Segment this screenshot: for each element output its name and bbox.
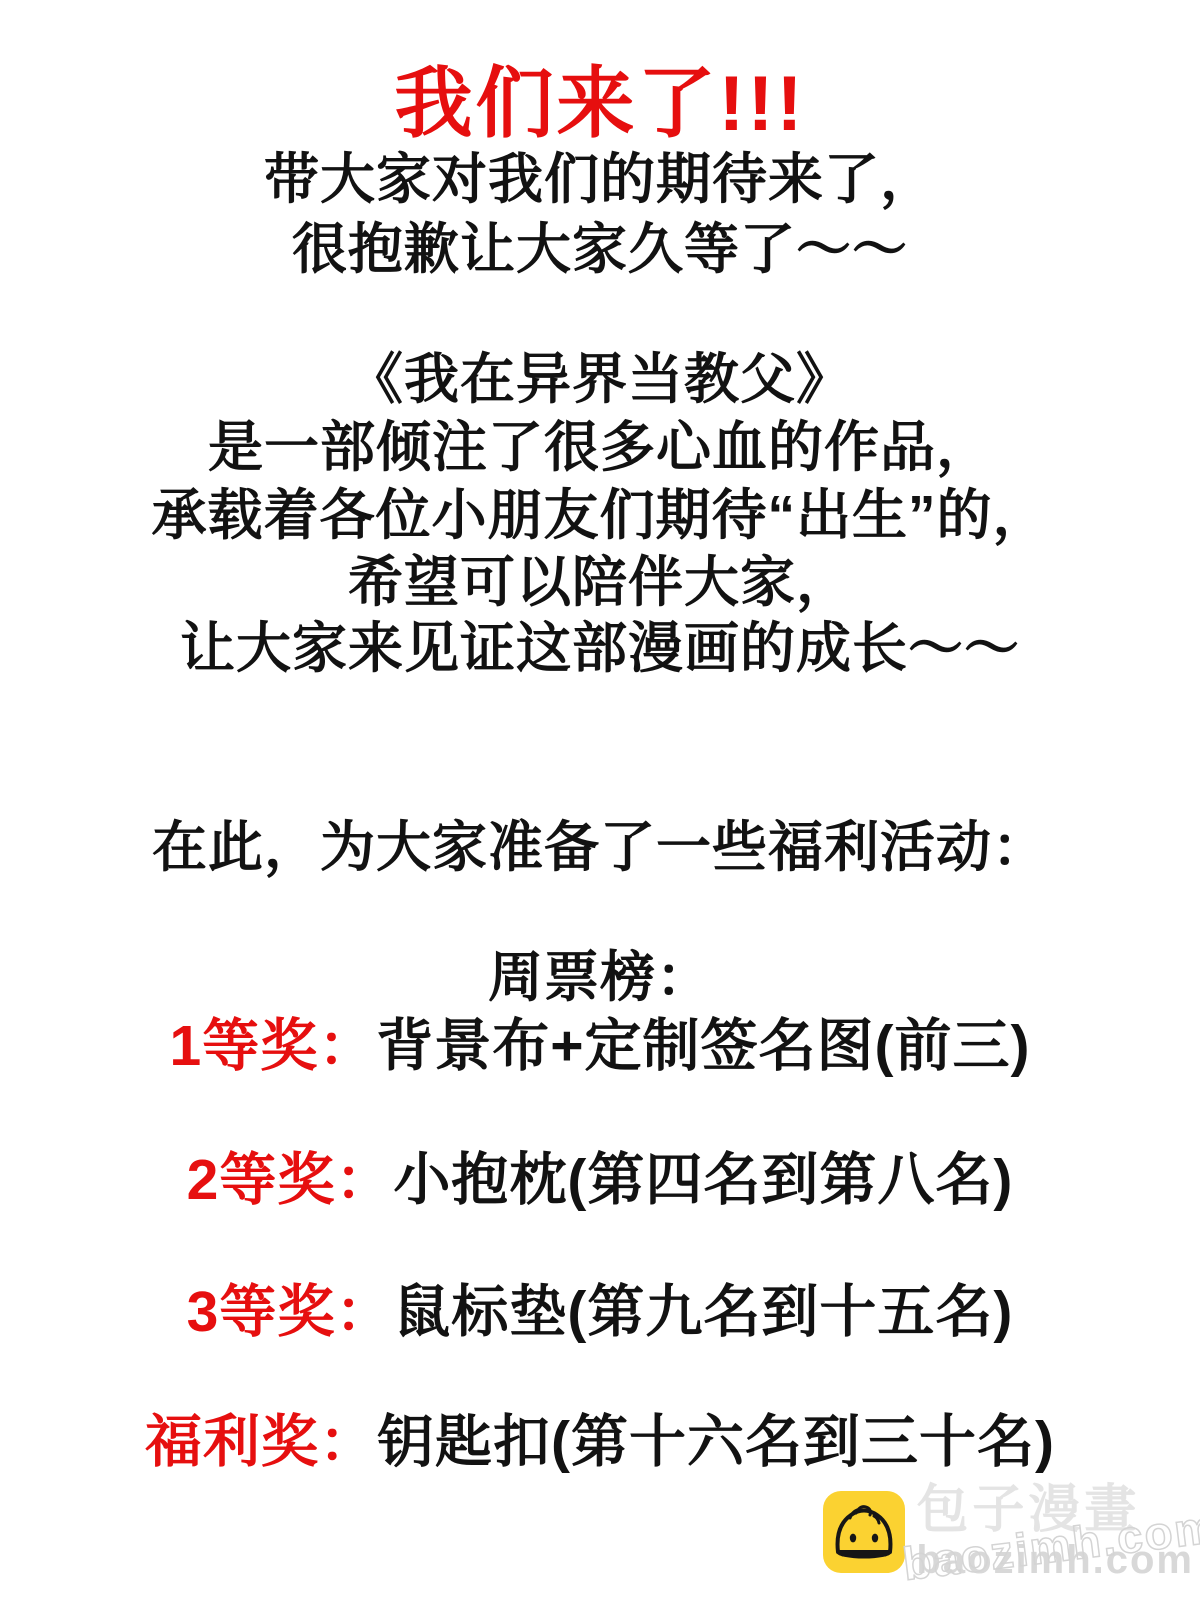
prize-desc: 鼠标垫(第九名到十五名) <box>393 1280 1013 1344</box>
prize-desc: 小抱枕(第四名到第八名) <box>393 1148 1013 1212</box>
intro-line-1: 带大家对我们的期待来了， <box>0 152 1200 207</box>
prize-label: 2等奖： <box>187 1148 394 1212</box>
about-line-4: 希望可以陪伴大家， <box>0 555 1200 610</box>
baozi-bun-icon <box>822 1490 906 1574</box>
activity-intro: 在此，为大家准备了一些福利活动： <box>0 820 1200 875</box>
ranking-title: 周票榜： <box>0 950 1200 1005</box>
prize-row-third: 3等奖：鼠标垫(第九名到十五名) <box>0 1284 1200 1341</box>
prize-label: 1等奖： <box>170 1014 377 1078</box>
about-line-5: 让大家来见证这部漫画的成长～～ <box>0 621 1200 676</box>
prize-row-second: 2等奖：小抱枕(第四名到第八名) <box>0 1152 1200 1209</box>
prize-desc: 钥匙扣(第十六名到三十名) <box>377 1410 1055 1474</box>
prize-row-first: 1等奖：背景布+定制签名图(前三) <box>0 1018 1200 1075</box>
intro-line-2: 很抱歉让大家久等了～～ <box>0 222 1200 277</box>
comic-title-line: 《我在异界当教父》 <box>0 352 1200 407</box>
prize-desc: 背景布+定制签名图(前三) <box>376 1014 1030 1078</box>
announcement-page: 我们来了!!! 带大家对我们的期待来了， 很抱歉让大家久等了～～ 《我在异界当教… <box>0 0 1200 1600</box>
watermark-site-url: baozimh.com <box>916 1540 1194 1580</box>
watermark-site-name: 包子漫畫 <box>916 1484 1194 1536</box>
about-line-2: 是一部倾注了很多心血的作品， <box>0 420 1200 475</box>
page-title: 我们来了!!! <box>0 64 1200 142</box>
site-watermark: 包子漫畫 baozimh.com baozimh.com <box>822 1484 1194 1580</box>
prize-row-bonus: 福利奖：钥匙扣(第十六名到三十名) <box>0 1414 1200 1471</box>
prize-label: 福利奖： <box>145 1410 377 1474</box>
about-line-3: 承载着各位小朋友们期待“出生”的， <box>0 488 1200 543</box>
prize-label: 3等奖： <box>187 1280 394 1344</box>
watermark-text: 包子漫畫 baozimh.com baozimh.com <box>916 1484 1194 1580</box>
